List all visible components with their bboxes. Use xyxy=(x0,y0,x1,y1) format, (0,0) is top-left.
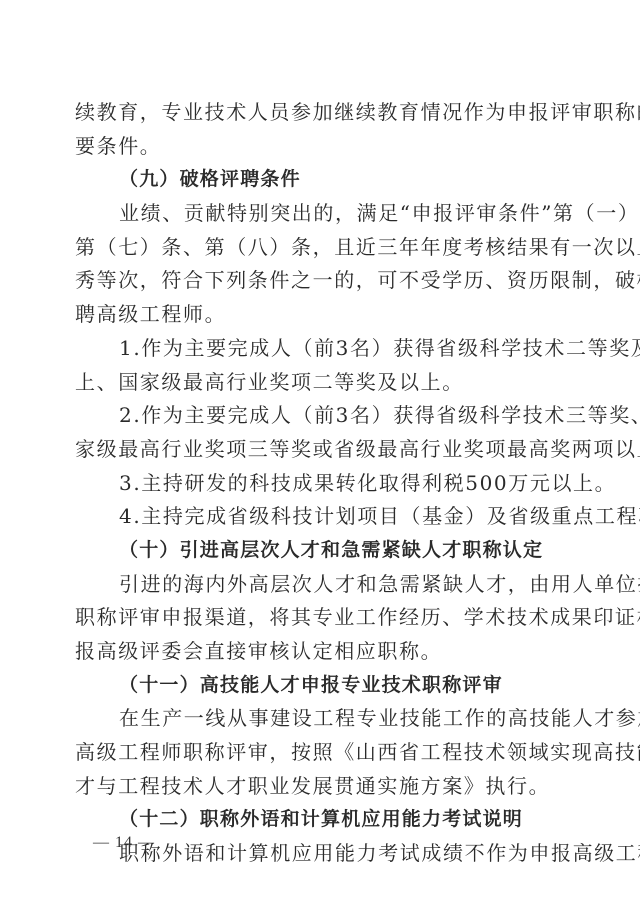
body-line: 才与工程技术人才职业发展贯通实施方案》执行。 xyxy=(75,770,561,804)
section-heading-12: （十二）职称外语和计算机应用能力考试说明 xyxy=(75,803,561,837)
body-line: 上、国家级最高行业奖项二等奖及以上。 xyxy=(75,366,561,400)
body-line: 秀等次，符合下列条件之一的，可不受学历、资历限制，破格评 xyxy=(75,264,561,298)
section-heading-11: （十一）高技能人才申报专业技术职称评审 xyxy=(75,669,561,703)
body-line: 要条件。 xyxy=(75,130,561,164)
paragraph-start: 引进的海内外高层次人才和急需紧缺人才，由用人单位按照 xyxy=(75,568,561,602)
list-item-2: 2.作为主要完成人（前3名）获得省级科学技术三等奖、国 xyxy=(75,399,561,433)
body-line: 聘高级工程师。 xyxy=(75,298,561,332)
list-item-1: 1.作为主要完成人（前3名）获得省级科学技术二等奖及以 xyxy=(75,332,561,366)
page-number: — 14 — xyxy=(93,834,155,852)
body-line: 第（七）条、第（八）条，且近三年年度考核结果有一次以上优 xyxy=(75,231,561,265)
paragraph-start: 业绩、贡献特别突出的，满足“申报评审条件”第（一）条、 xyxy=(75,197,561,231)
body-line: 家级最高行业奖项三等奖或省级最高行业奖项最高奖两项以上。 xyxy=(75,433,561,467)
document-page: 续教育，专业技术人员参加继续教育情况作为申报评审职称的重 要条件。 （九）破格评… xyxy=(75,96,561,871)
body-line: 高级工程师职称评审，按照《山西省工程技术领域实现高技能人 xyxy=(75,736,561,770)
paragraph-start: 在生产一线从事建设工程专业技能工作的高技能人才参加 xyxy=(75,702,561,736)
body-line: 职称评审申报渠道，将其专业工作经历、学术技术成果印证材料 xyxy=(75,601,561,635)
list-item-4: 4.主持完成省级科技计划项目（基金）及省级重点工程项目。 xyxy=(75,500,561,534)
body-line: 续教育，专业技术人员参加继续教育情况作为申报评审职称的重 xyxy=(75,96,561,130)
section-heading-9: （九）破格评聘条件 xyxy=(75,163,561,197)
section-heading-10: （十）引进高层次人才和急需紧缺人才职称认定 xyxy=(75,534,561,568)
body-line: 报高级评委会直接审核认定相应职称。 xyxy=(75,635,561,669)
list-item-3: 3.主持研发的科技成果转化取得利税500万元以上。 xyxy=(75,467,561,501)
